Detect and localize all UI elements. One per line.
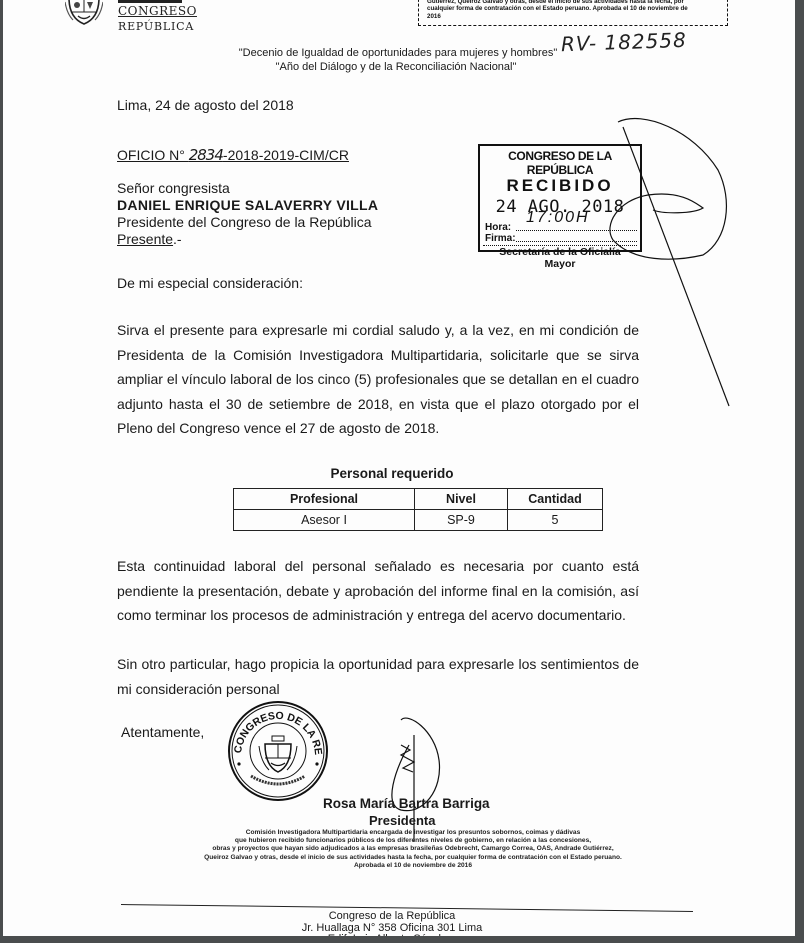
signatory-name: Rosa María Bartra Barriga (323, 796, 490, 811)
footer-line-1: Congreso de la República (3, 911, 795, 923)
description-line: Aprobada el 10 de noviembre de 2016 (153, 862, 673, 870)
footer-line-3: Edif. Luis Alberto Sánchez (3, 934, 795, 936)
document-page: CONGRESO REPÚBLICA Gutiérrez, Queiroz Ga… (3, 0, 795, 936)
commission-description: Comisión Investigadora Multipartidaria e… (153, 829, 673, 870)
description-line: obras y proyectos que hayan sido adjudic… (153, 845, 673, 853)
footer-address: Congreso de la República Jr. Huallaga N°… (3, 911, 795, 936)
description-line: Queiroz Galvao y otras, desde el inicio … (153, 854, 673, 862)
description-line: que hubieron recibido funcionarios públi… (153, 837, 673, 845)
description-line: Comisión Investigadora Multipartidaria e… (153, 829, 673, 837)
signatory-role: Presidenta (369, 813, 435, 828)
